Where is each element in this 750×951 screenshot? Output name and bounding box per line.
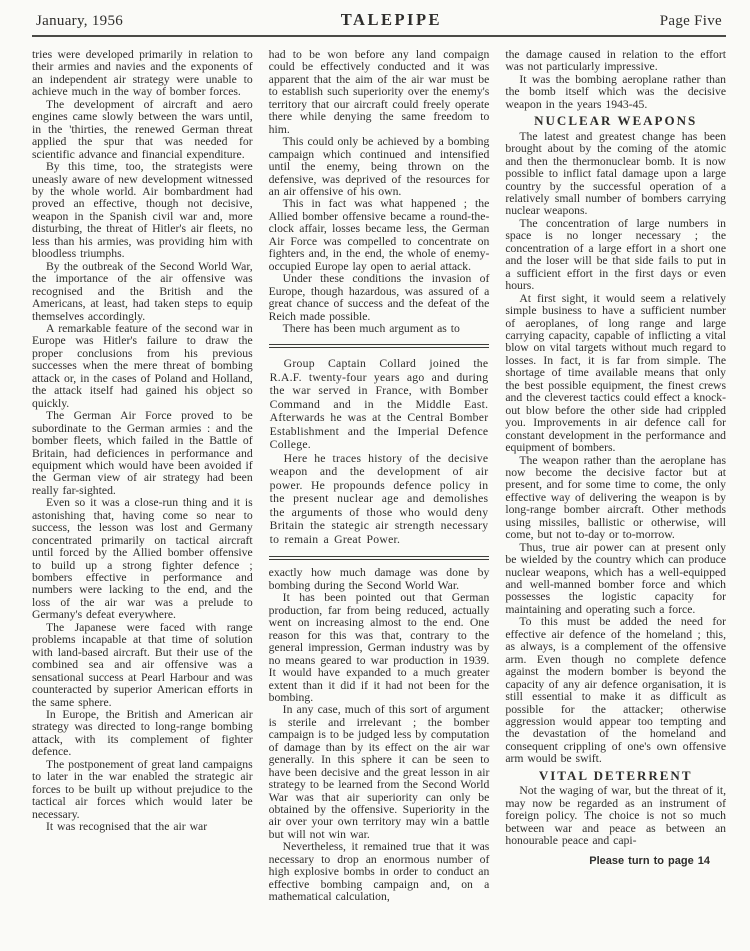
paragraph: It was recognised that the air war [32, 821, 253, 833]
paragraph: The weapon rather than the aeroplane has… [505, 455, 726, 542]
paragraph: Nevertheless, it remained true that it w… [269, 841, 490, 903]
paragraph: The concentration of large numbers in sp… [505, 218, 726, 293]
paragraph: This in fact was what happened ; the All… [269, 198, 490, 273]
paragraph: By the outbreak of the Second World War,… [32, 261, 253, 323]
paragraph: tries were developed primarily in relati… [32, 49, 253, 99]
paragraph: The postponement of great land campaigns… [32, 759, 253, 821]
paragraph: exactly how much damage was done by bomb… [269, 567, 490, 592]
paragraph: Not the waging of war, but the threat of… [505, 785, 726, 847]
section-heading-nuclear-weapons: NUCLEAR WEAPONS [505, 115, 726, 127]
paragraph: A remarkable feature of the second war i… [32, 323, 253, 410]
paragraph: By this time, too, the strategists were … [32, 161, 253, 261]
paragraph: To this must be added the need for effec… [505, 616, 726, 765]
paragraph: Group Captain Collard joined the R.A.F. … [270, 357, 489, 452]
newspaper-page: January, 1956 TALEPIPE Page Five tries w… [0, 0, 750, 951]
paragraph: had to be won before any land compaign c… [269, 49, 490, 136]
author-note-box: Group Captain Collard joined the R.A.F. … [269, 344, 490, 560]
page-number: Page Five [660, 13, 722, 30]
page-header: January, 1956 TALEPIPE Page Five [32, 8, 726, 37]
paragraph: The Japanese were faced with range probl… [32, 622, 253, 709]
paragraph: The German Air Force proved to be subord… [32, 410, 253, 497]
article-body: tries were developed primarily in relati… [32, 37, 726, 904]
column-2: had to be won before any land compaign c… [269, 49, 490, 904]
paragraph: This could only be achieved by a bombing… [269, 136, 490, 198]
paragraph: At first sight, it would seem a relative… [505, 293, 726, 455]
paragraph: the damage caused in relation to the eff… [505, 49, 726, 74]
continuation-notice: Please turn to page 14 [505, 855, 726, 867]
column-1: tries were developed primarily in relati… [32, 49, 253, 904]
paragraph: Under these conditions the invasion of E… [269, 273, 490, 323]
paragraph: There has been much argument as to [269, 323, 490, 335]
paragraph: In any case, much of this sort of argume… [269, 704, 490, 841]
paragraph: Here he traces history of the decisive w… [270, 452, 489, 547]
masthead-title: TALEPIPE [341, 10, 442, 30]
paragraph: Even so it was a close-run thing and it … [32, 497, 253, 622]
issue-date: January, 1956 [36, 13, 123, 30]
paragraph: The latest and greatest change has been … [505, 131, 726, 218]
paragraph: The development of aircraft and aero eng… [32, 99, 253, 161]
paragraph: In Europe, the British and American air … [32, 709, 253, 759]
column-3: the damage caused in relation to the eff… [505, 49, 726, 904]
paragraph: Thus, true air power can at present only… [505, 542, 726, 617]
paragraph: It has been pointed out that German prod… [269, 592, 490, 704]
section-heading-vital-deterrent: VITAL DETERRENT [505, 770, 726, 782]
paragraph: It was the bombing aeroplane rather than… [505, 74, 726, 111]
